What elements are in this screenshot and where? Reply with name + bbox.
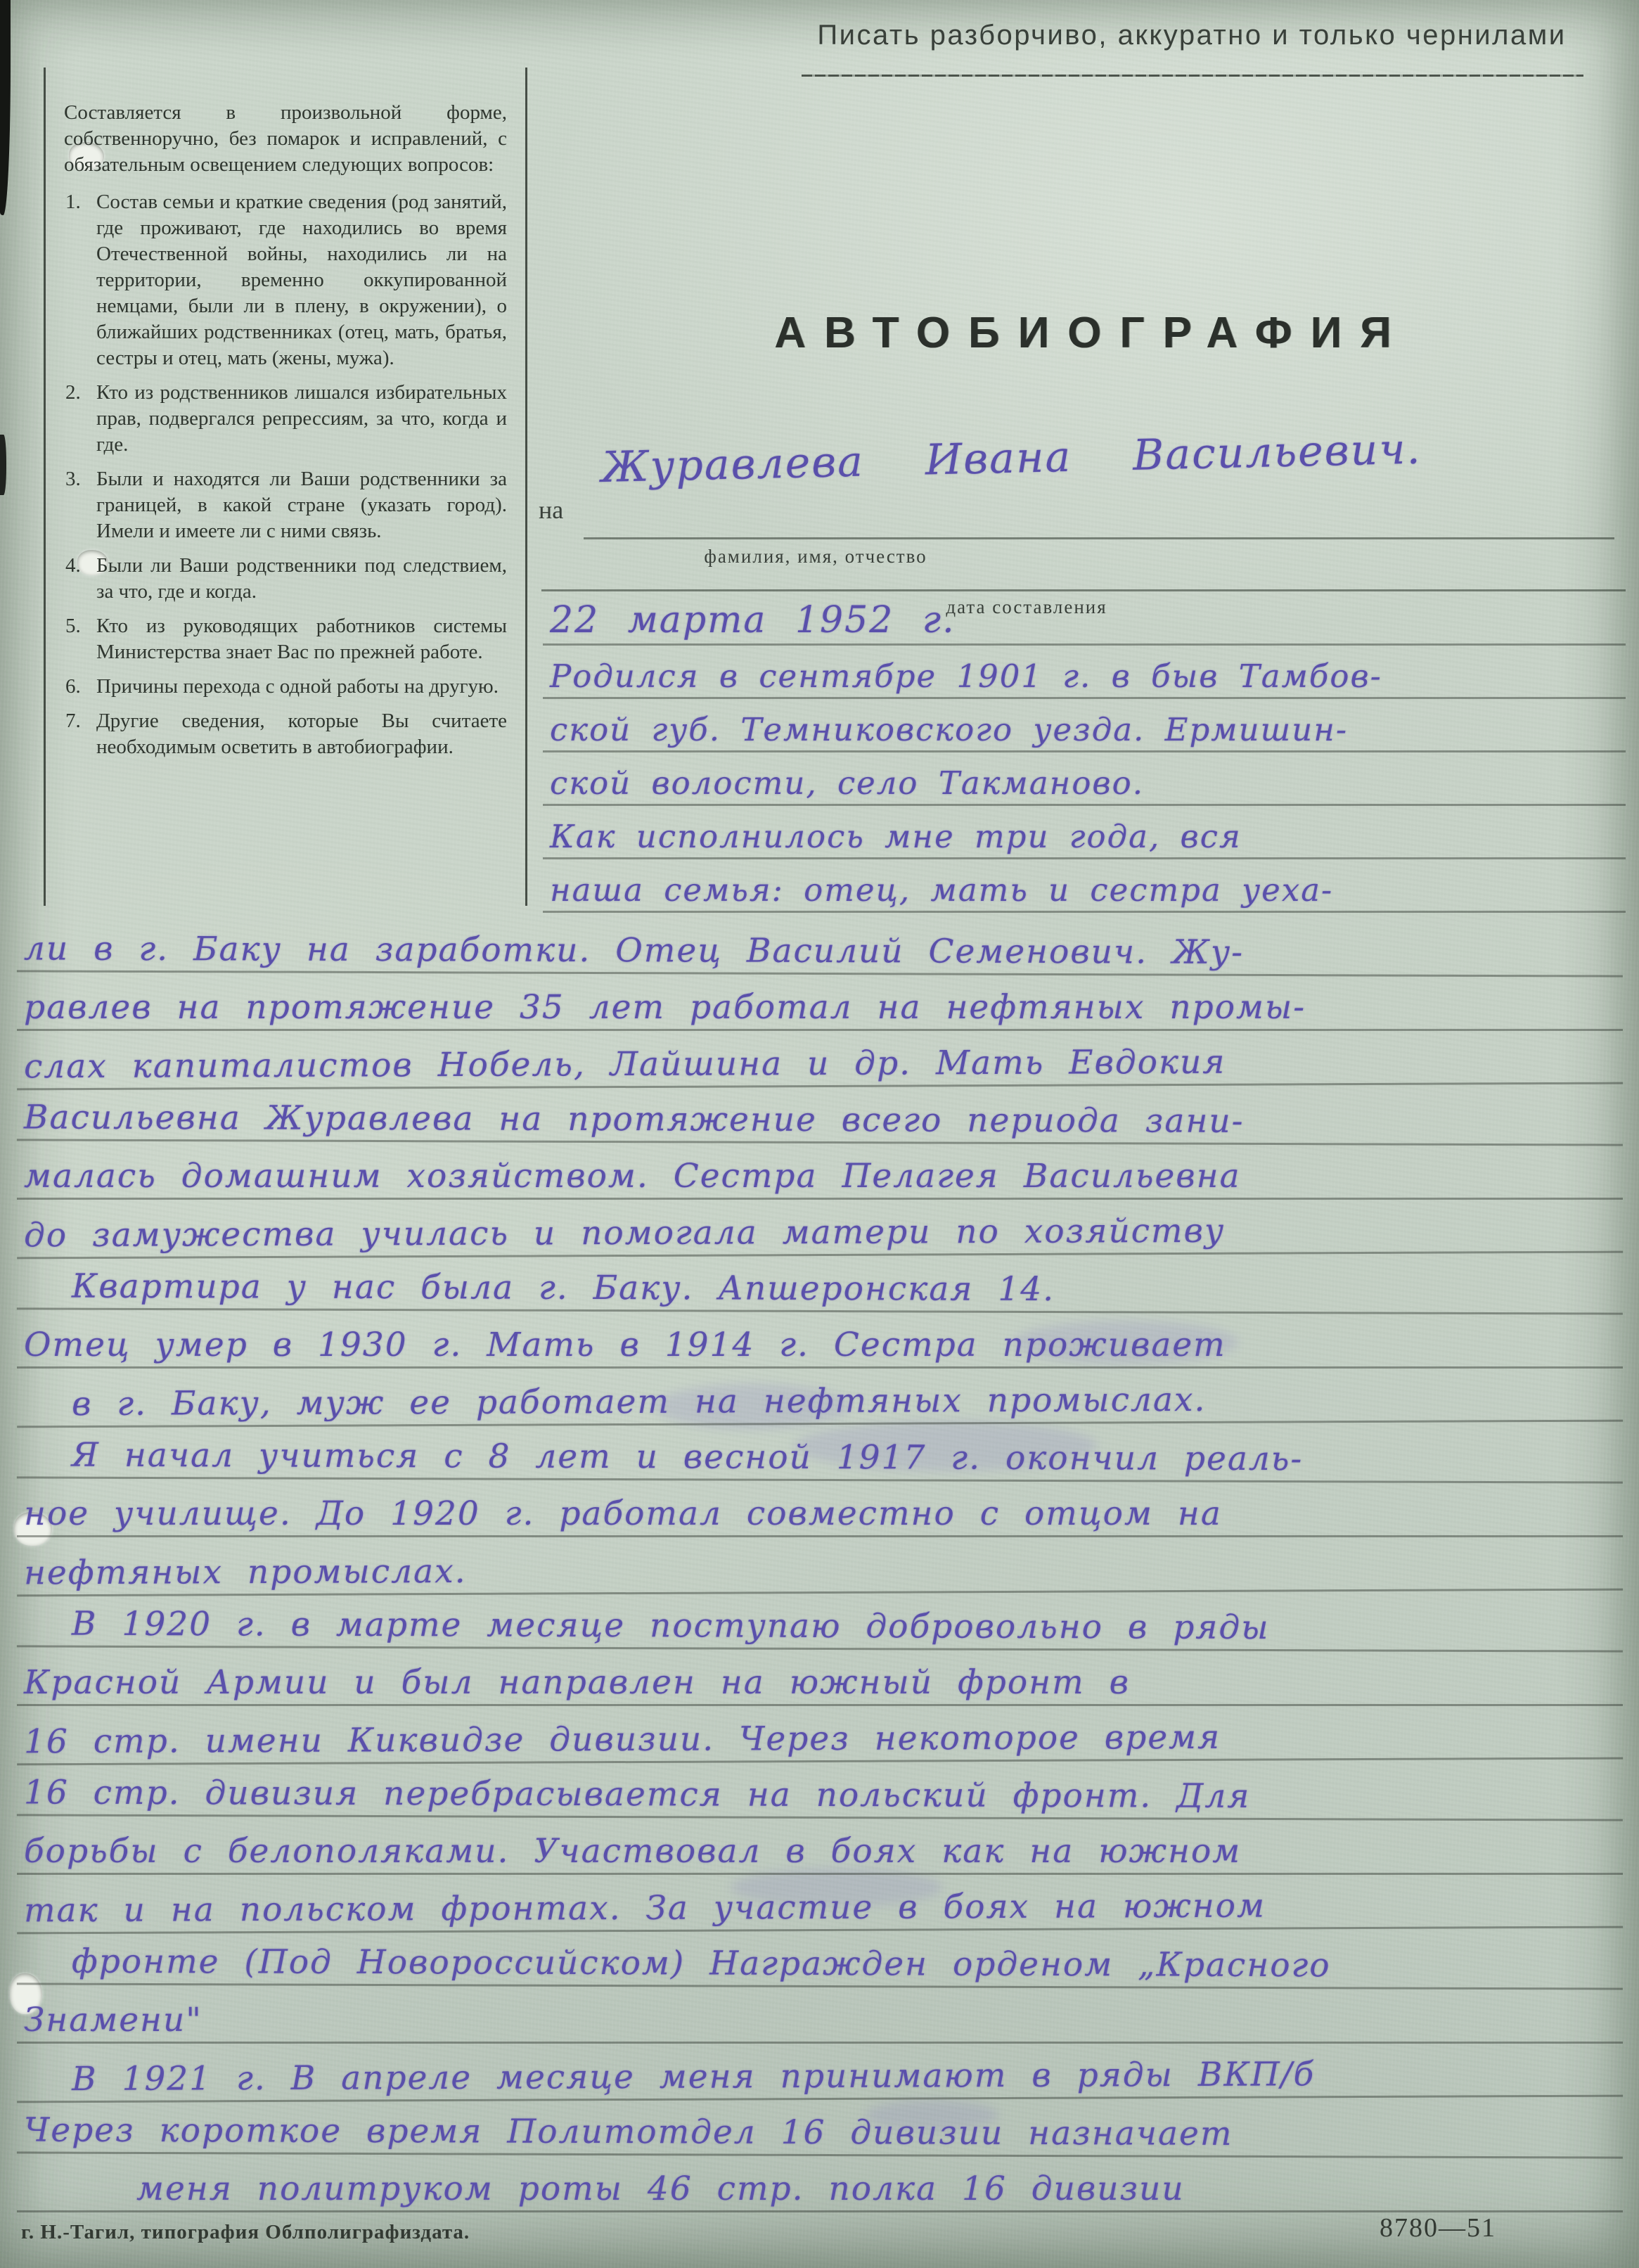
name-caption: фамилия, имя, отчество (619, 546, 1013, 568)
handwritten-line: ской волости, село Такманово. (543, 752, 1626, 806)
handwritten-line: борьбы с белополяками. Участвовал в боях… (17, 1819, 1623, 1875)
instruction-item: 3.Были и находятся ли Ваши родственники … (64, 466, 507, 544)
instruction-item: 7.Другие сведения, которые Вы считаете н… (64, 708, 507, 760)
handwritten-line: нефтяных промыслах. (17, 1535, 1623, 1597)
instruction-item: 5.Кто из руководящих работников системы … (64, 613, 507, 665)
handwritten-line: фронте (Под Новороссийском) Награжден ор… (17, 1928, 1623, 1990)
handwritten-line: равлев на протяжение 35 лет работал на н… (17, 975, 1623, 1031)
handwriting-column: 22 марта 1952 г. Родился в сентябре 1901… (543, 592, 1626, 913)
handwritten-line: так и на польском фронтах. За участие в … (17, 1872, 1623, 1935)
handwritten-line: Я начал учиться с 8 лет и весной 1917 г.… (17, 1422, 1623, 1483)
handwritten-line: Знамени" (17, 1987, 1623, 2044)
instruction-item: 2.Кто из родственников лишался избирател… (64, 380, 507, 458)
scan-edge-mark (0, 435, 6, 495)
handwritten-line: ли в г. Баку на заработки. Отец Василий … (17, 916, 1623, 977)
handwriting-column-lines: Родился в сентябре 1901 г. в быв Тамбов-… (543, 646, 1626, 913)
handwritten-line: наша семья: отец, мать и сестра уеха- (543, 859, 1626, 913)
item-number: 2. (65, 380, 81, 406)
handwritten-date: 22 марта 1952 г. (543, 592, 1626, 646)
top-rule-line (802, 75, 1583, 77)
handwriting-body: ли в г. Баку на заработки. Отец Василий … (17, 918, 1623, 2212)
instructions-panel: Составляется в произвольной форме, собст… (44, 68, 527, 906)
handwritten-line: Квартира у нас была г. Баку. Апшеронская… (17, 1253, 1623, 1314)
instruction-item: 4.Были ли Ваши родственники под следстви… (64, 553, 507, 605)
instruction-item: 1.Состав семьи и краткие сведения (род з… (64, 189, 507, 371)
item-number: 1. (65, 189, 81, 215)
handwritten-name: Журавлева Ивана Васильевич. (600, 420, 1628, 492)
document-page: Писать разборчиво, аккуратно и только че… (0, 0, 1639, 2268)
date-rule-line (541, 589, 1626, 591)
handwritten-line: Родился в сентябре 1901 г. в быв Тамбов- (543, 646, 1626, 699)
name-prefix-label: на (539, 495, 563, 525)
top-instruction-note: Писать разборчиво, аккуратно и только че… (805, 20, 1579, 51)
handwritten-line: до замужества училась и помогала матери … (17, 1197, 1623, 1260)
printer-imprint: г. Н.-Тагил, типография Облполиграфиздат… (21, 2221, 470, 2244)
instructions-intro: Составляется в произвольной форме, собст… (64, 100, 507, 178)
item-number: 4. (65, 553, 81, 579)
handwritten-line: 16 стр. имени Киквидзе дивизии. Через не… (17, 1703, 1623, 1766)
handwritten-line: Как исполнилось мне три года, вся (543, 806, 1626, 859)
handwritten-line: Красной Армии и был направлен на южный ф… (17, 1650, 1623, 1706)
scan-edge-strip (0, 0, 11, 215)
item-number: 5. (65, 613, 81, 639)
handwritten-line: ное училище. До 1920 г. работал совместн… (17, 1481, 1623, 1537)
handwritten-line: В 1921 г. В апреле месяце меня принимают… (17, 2041, 1623, 2103)
print-order-code: 8780—51 (1380, 2212, 1496, 2243)
item-number: 6. (65, 674, 81, 700)
handwritten-line: меня политруком роты 46 стр. полка 16 ди… (17, 2156, 1623, 2212)
handwritten-line: Васильевна Журавлева на протяжение всего… (17, 1084, 1623, 1146)
name-rule-line (584, 537, 1614, 539)
handwritten-line: малась домашним хозяйством. Сестра Пелаг… (17, 1143, 1623, 1200)
handwritten-line: ской губ. Темниковского уезда. Ермишин- (543, 699, 1626, 752)
page-title: АВТОБИОГРАФИЯ (541, 308, 1624, 358)
handwritten-line: В 1920 г. в марте месяце поступаю добров… (17, 1591, 1623, 1652)
item-number: 7. (65, 708, 81, 734)
handwritten-line: слах капиталистов Нобель, Лайшина и др. … (17, 1028, 1623, 1091)
handwritten-line: в г. Баку, муж ее работает на нефтяных п… (17, 1366, 1623, 1428)
handwritten-line: Через короткое время Политотдел 16 дивиз… (17, 2097, 1623, 2158)
handwritten-line: 16 стр. дивизия перебрасывается на польс… (17, 1760, 1623, 1821)
instructions-list: 1.Состав семьи и краткие сведения (род з… (64, 189, 507, 760)
handwritten-line: Отец умер в 1930 г. Мать в 1914 г. Сестр… (17, 1312, 1623, 1369)
instruction-item: 6.Причины перехода с одной работы на дру… (64, 674, 507, 700)
item-number: 3. (65, 466, 81, 492)
